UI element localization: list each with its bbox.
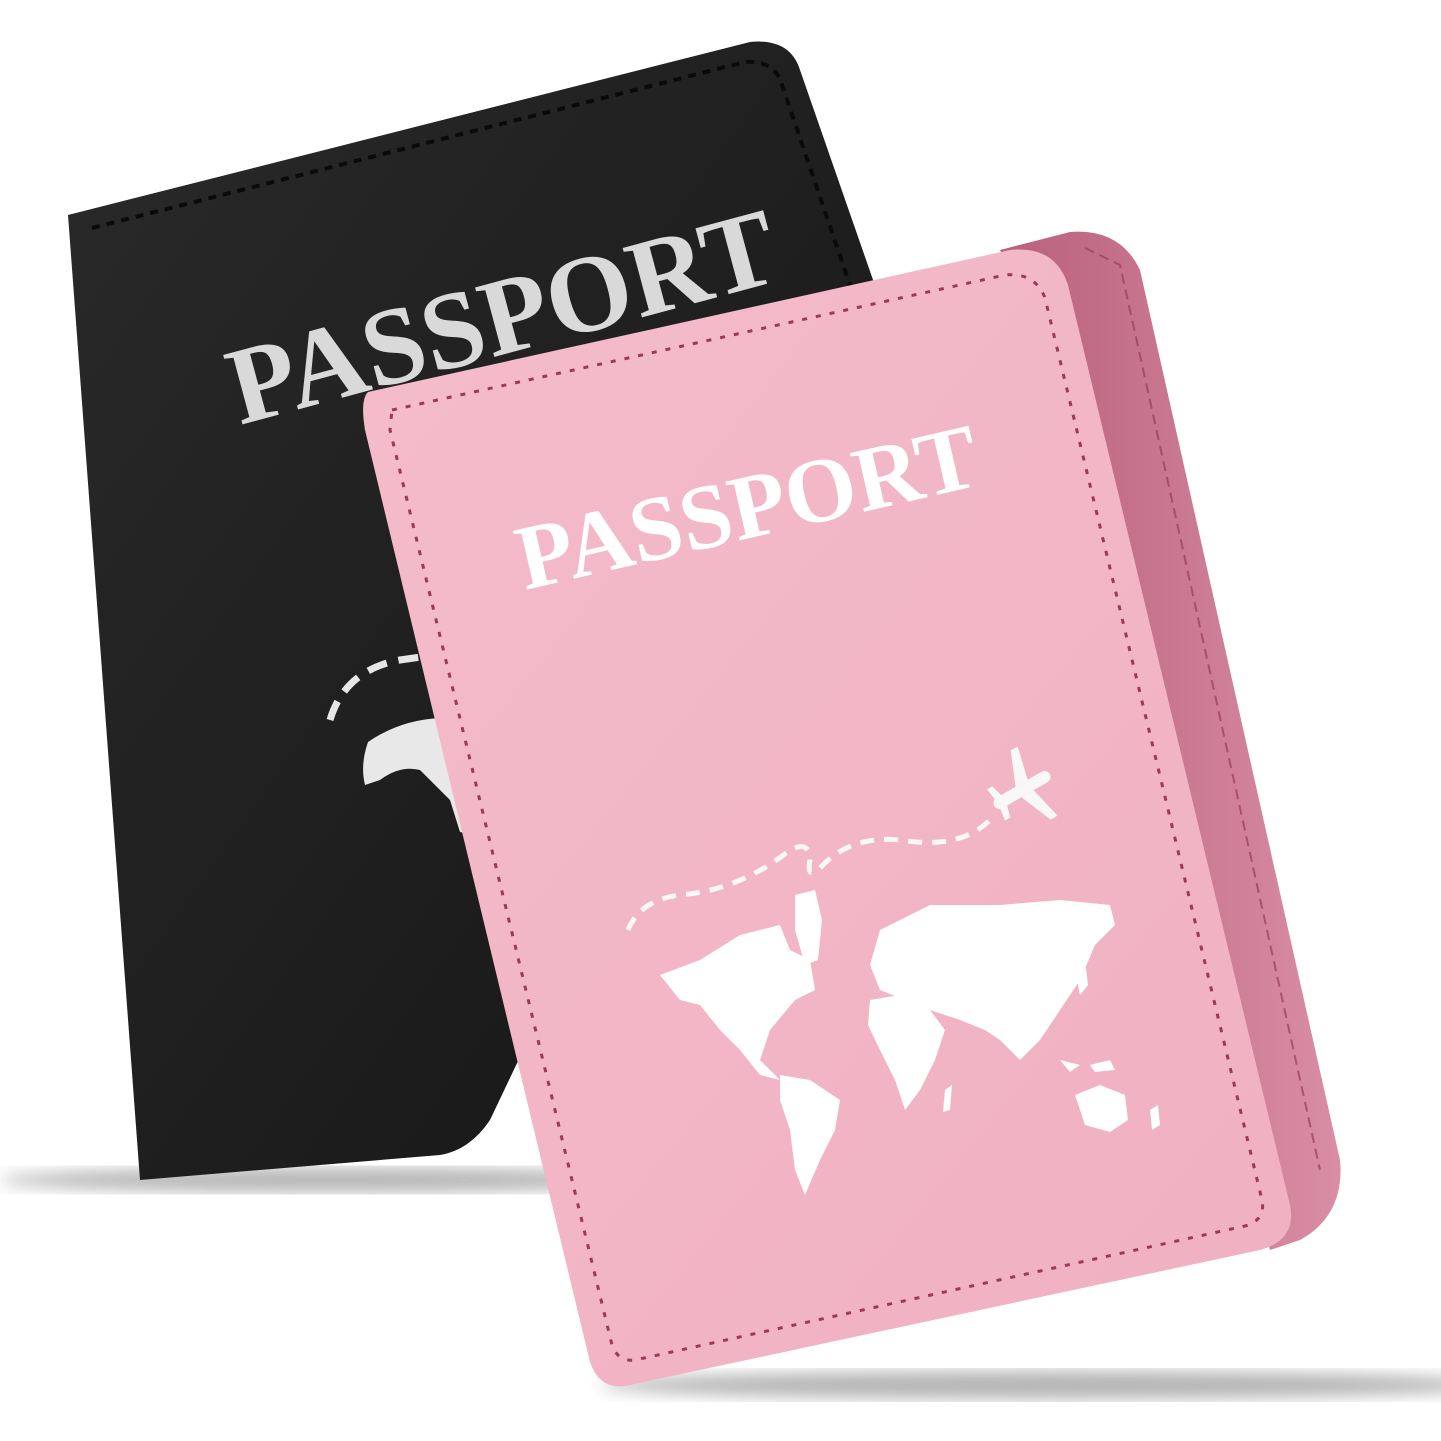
- shadow-pink: [600, 1371, 1441, 1399]
- passport-covers-illustration: PASSPORT PASSPORT: [0, 0, 1441, 1441]
- pink-passport-cover: PASSPORT: [363, 232, 1340, 1387]
- product-photo: PASSPORT PASSPORT: [0, 0, 1441, 1441]
